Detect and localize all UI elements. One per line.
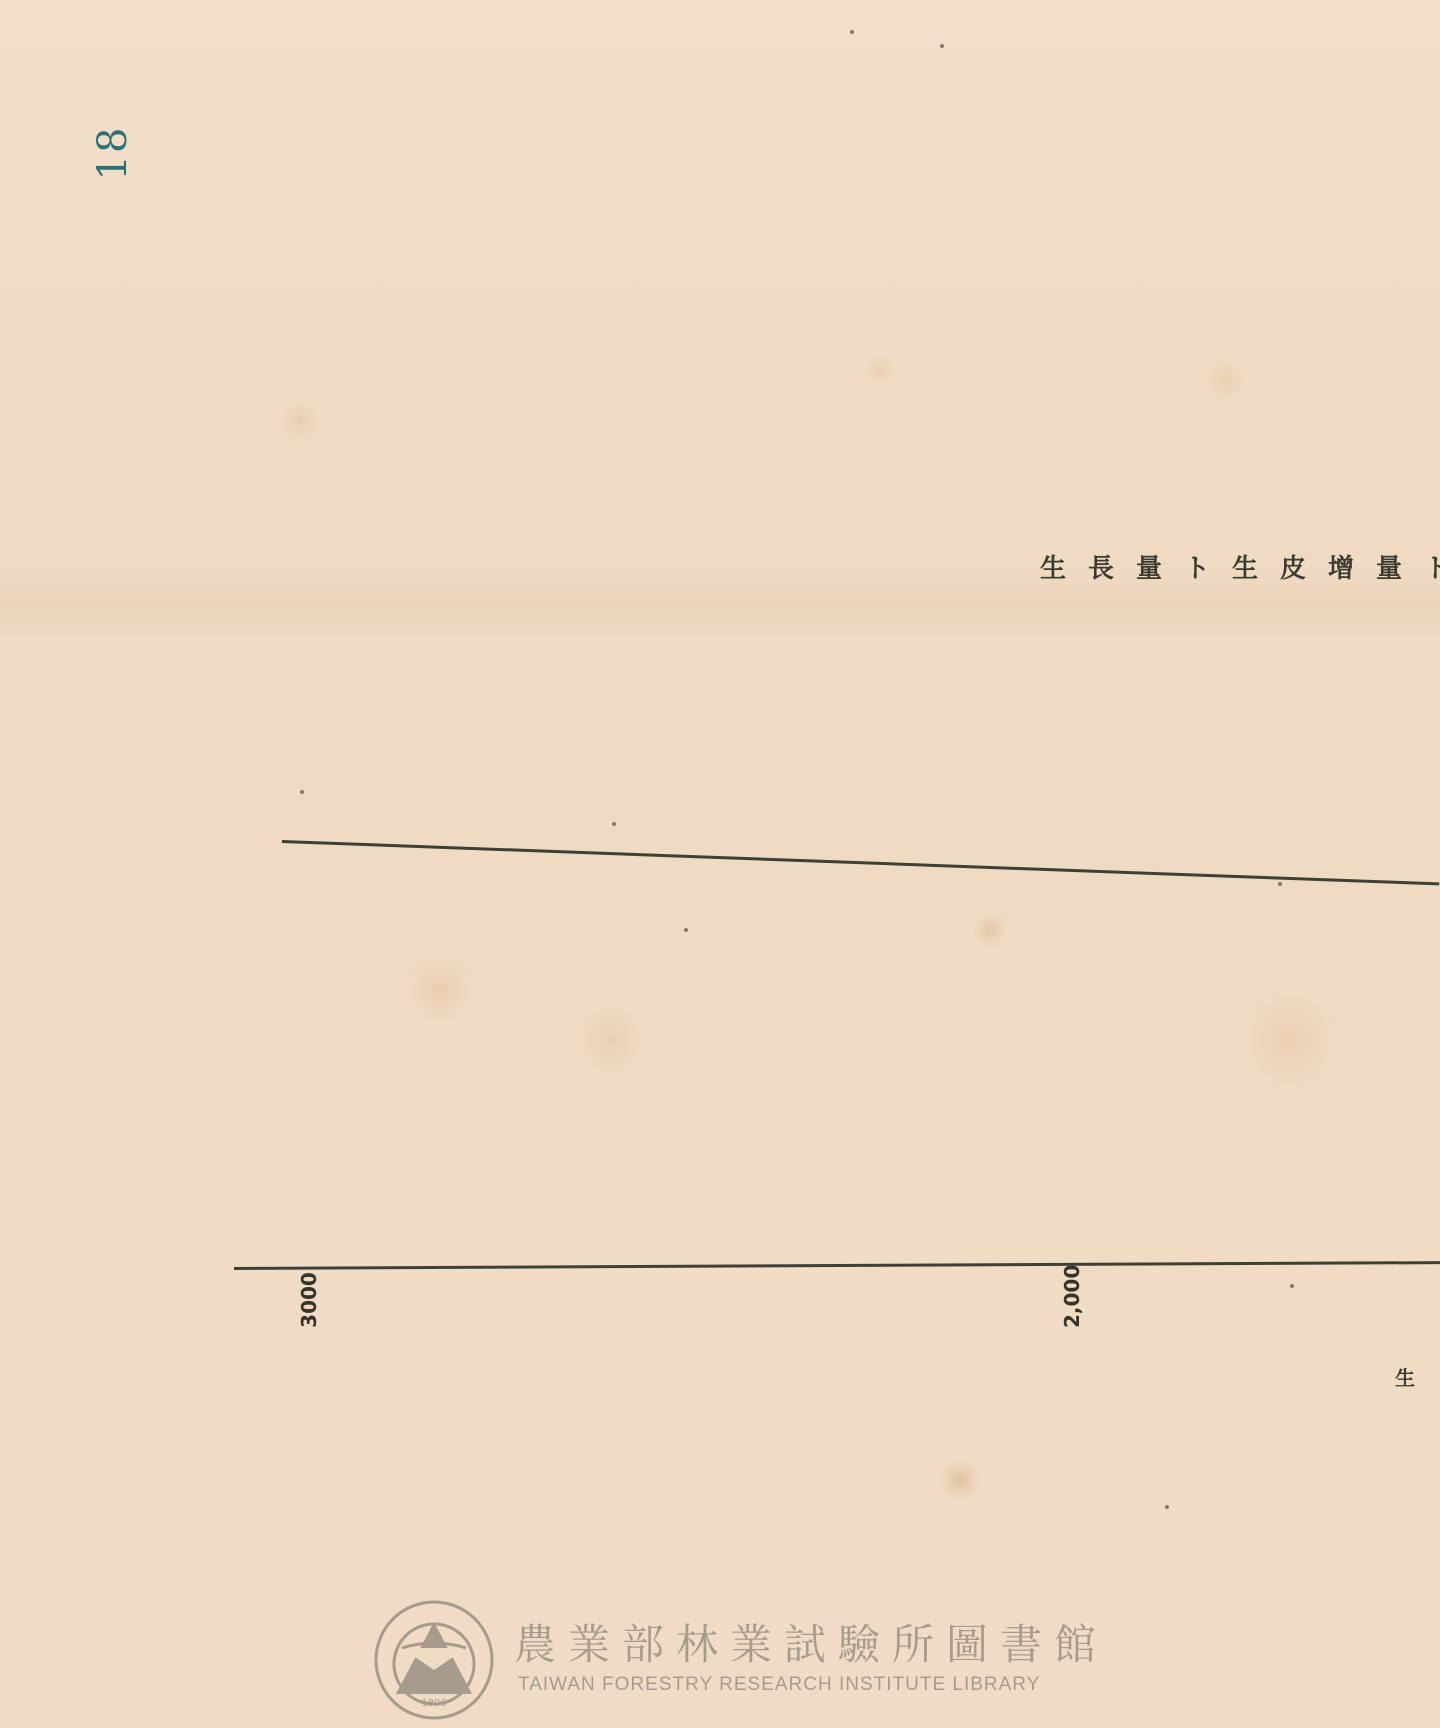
partial-axis-label: 生 ·: [1395, 1362, 1440, 1391]
paper-speck: [1278, 882, 1282, 886]
paper-speck: [940, 44, 944, 48]
library-name-en: TAIWAN FORESTRY RESEARCH INSTITUTE LIBRA…: [518, 1674, 1040, 1696]
paper-speck: [1290, 1284, 1294, 1288]
paper-speck: [612, 822, 616, 826]
library-name-zh: 農業部林業試驗所圖書館: [514, 1612, 1108, 1672]
tick-label-3000: 3000: [297, 1270, 321, 1330]
paper-speck: [300, 790, 304, 794]
paper-speck: [1165, 1505, 1169, 1509]
svg-text:1896: 1896: [421, 1698, 446, 1709]
chart-title: 生長量ト生皮增量トノ關係: [1040, 548, 1440, 585]
axis-line: [234, 1261, 1440, 1270]
paper-speck: [684, 928, 688, 932]
tick-label-2000: 2,000: [1060, 1268, 1084, 1328]
page-number: 18: [88, 118, 138, 188]
paper-speck: [850, 30, 854, 34]
data-line-upper: [282, 840, 1439, 885]
library-logo-icon: 1896: [372, 1598, 496, 1722]
